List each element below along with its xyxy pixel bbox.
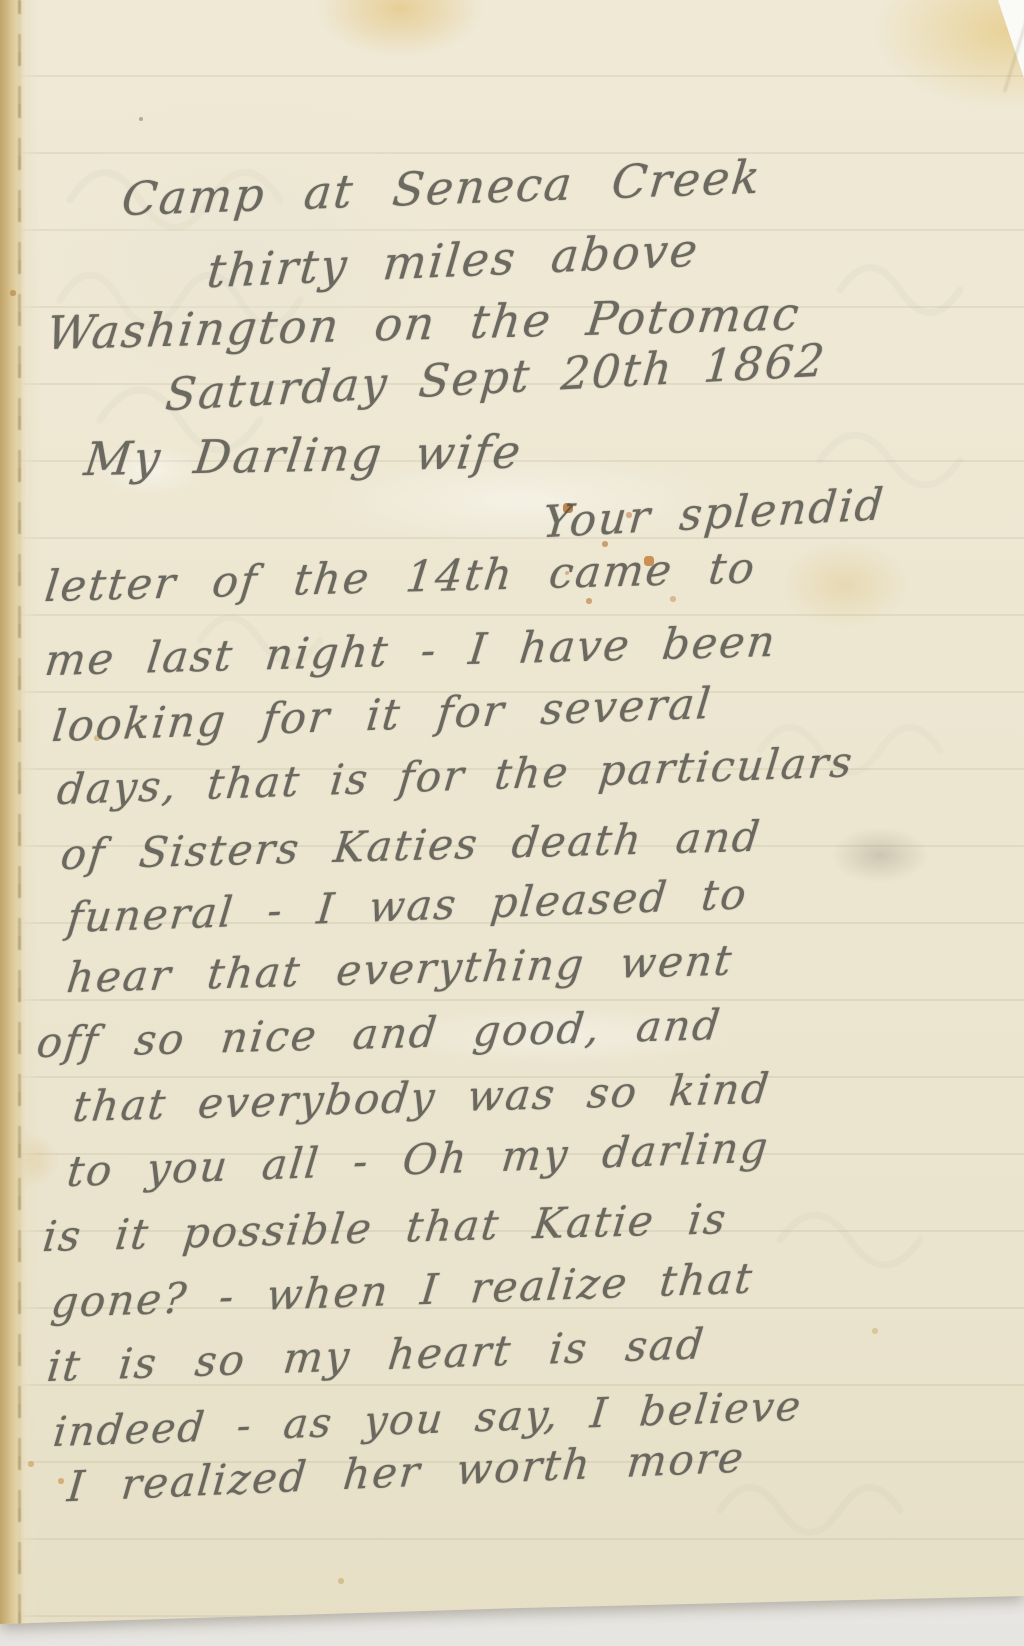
letter-line-salutation: My Darling wife <box>81 424 525 486</box>
paper-sheet: Camp at Seneca Creek thirty miles above … <box>0 0 1024 1632</box>
paper-shadow-wrap: Camp at Seneca Creek thirty miles above … <box>0 0 1024 1646</box>
scanned-letter-page: Camp at Seneca Creek thirty miles above … <box>0 0 1024 1646</box>
